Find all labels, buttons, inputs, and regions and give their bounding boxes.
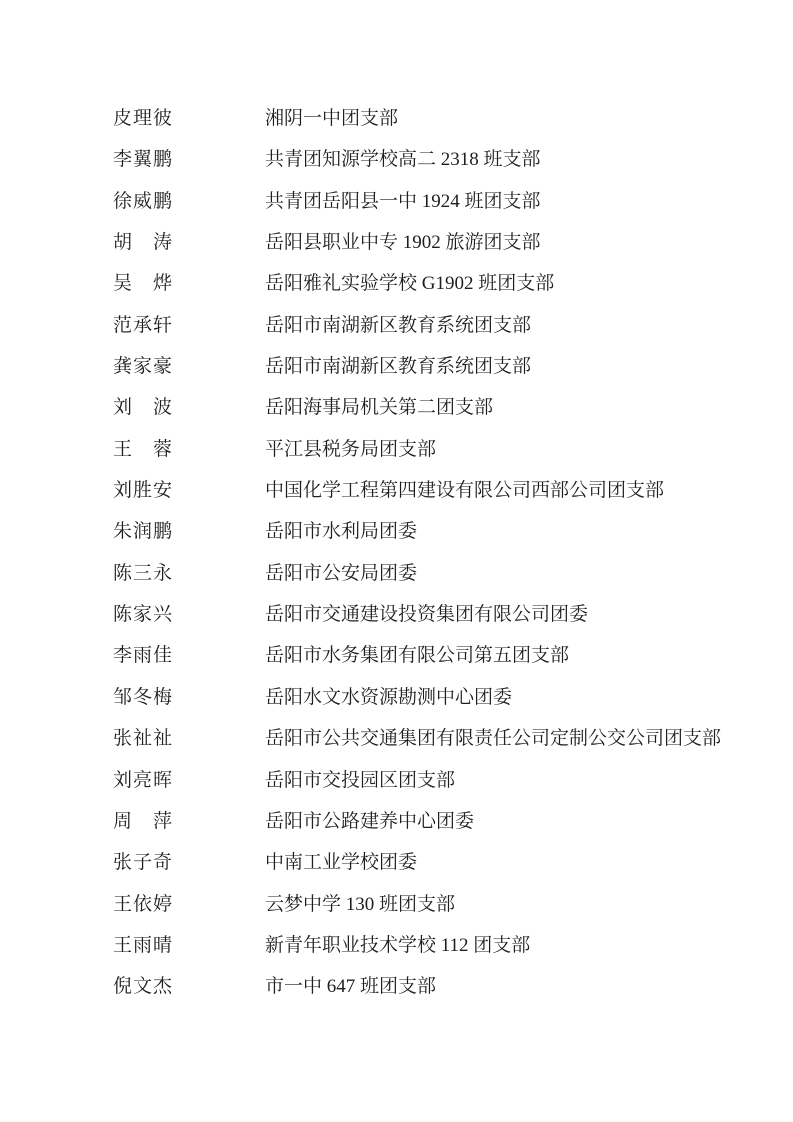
branch-name: 岳阳市南湖新区教育系统团支部 (265, 346, 753, 387)
branch-name: 平江县税务局团支部 (265, 429, 753, 470)
list-item: 刘胜安 中国化学工程第四建设有限公司西部公司团支部 (113, 470, 753, 511)
member-name: 范承轩 (113, 305, 265, 346)
list-item: 王 蓉 平江县税务局团支部 (113, 429, 753, 470)
list-item: 徐威鹏 共青团岳阳县一中 1924 班团支部 (113, 181, 753, 222)
branch-name: 岳阳市交投园区团支部 (265, 760, 753, 801)
branch-name: 湘阴一中团支部 (265, 98, 753, 139)
member-name: 张子奇 (113, 842, 265, 883)
list-item: 倪文杰 市一中 647 班团支部 (113, 966, 753, 1007)
list-item: 范承轩 岳阳市南湖新区教育系统团支部 (113, 305, 753, 346)
branch-name: 岳阳市水务集团有限公司第五团支部 (265, 635, 753, 676)
list-item: 龚家豪 岳阳市南湖新区教育系统团支部 (113, 346, 753, 387)
branch-name: 岳阳市公路建养中心团委 (265, 801, 753, 842)
list-item: 李翼鹏 共青团知源学校高二 2318 班支部 (113, 139, 753, 180)
branch-name: 岳阳市南湖新区教育系统团支部 (265, 305, 753, 346)
member-name: 陈家兴 (113, 594, 265, 635)
branch-name: 共青团岳阳县一中 1924 班团支部 (265, 181, 753, 222)
document-page: 皮理彼 湘阴一中团支部 李翼鹏 共青团知源学校高二 2318 班支部 徐威鹏 共… (0, 0, 793, 1122)
list-item: 陈家兴 岳阳市交通建设投资集团有限公司团委 (113, 594, 753, 635)
member-branch-list: 皮理彼 湘阴一中团支部 李翼鹏 共青团知源学校高二 2318 班支部 徐威鹏 共… (113, 98, 753, 1008)
list-item: 张子奇 中南工业学校团委 (113, 842, 753, 883)
list-item: 朱润鹏 岳阳市水利局团委 (113, 511, 753, 552)
list-item: 刘亮晖 岳阳市交投园区团支部 (113, 760, 753, 801)
member-name: 李翼鹏 (113, 139, 265, 180)
list-item: 陈三永 岳阳市公安局团委 (113, 553, 753, 594)
list-item: 王雨晴 新青年职业技术学校 112 团支部 (113, 925, 753, 966)
list-item: 刘 波 岳阳海事局机关第二团支部 (113, 387, 753, 428)
list-item: 吴 烨 岳阳雅礼实验学校 G1902 班团支部 (113, 263, 753, 304)
list-item: 周 萍 岳阳市公路建养中心团委 (113, 801, 753, 842)
member-name: 刘胜安 (113, 470, 265, 511)
member-name: 吴 烨 (113, 263, 265, 304)
branch-name: 共青团知源学校高二 2318 班支部 (265, 139, 753, 180)
member-name: 朱润鹏 (113, 511, 265, 552)
member-name: 刘 波 (113, 387, 265, 428)
branch-name: 中国化学工程第四建设有限公司西部公司团支部 (265, 470, 753, 511)
member-name: 皮理彼 (113, 98, 265, 139)
member-name: 王 蓉 (113, 429, 265, 470)
member-name: 王雨晴 (113, 925, 265, 966)
member-name: 徐威鹏 (113, 181, 265, 222)
member-name: 倪文杰 (113, 966, 265, 1007)
member-name: 张祉祉 (113, 718, 265, 759)
branch-name: 岳阳海事局机关第二团支部 (265, 387, 753, 428)
member-name: 胡 涛 (113, 222, 265, 263)
member-name: 龚家豪 (113, 346, 265, 387)
list-item: 邹冬梅 岳阳水文水资源勘测中心团委 (113, 677, 753, 718)
member-name: 邹冬梅 (113, 677, 265, 718)
list-item: 胡 涛 岳阳县职业中专 1902 旅游团支部 (113, 222, 753, 263)
branch-name: 新青年职业技术学校 112 团支部 (265, 925, 753, 966)
branch-name: 云梦中学 130 班团支部 (265, 884, 753, 925)
branch-name: 岳阳县职业中专 1902 旅游团支部 (265, 222, 753, 263)
branch-name: 岳阳市公共交通集团有限责任公司定制公交公司团支部 (265, 718, 753, 759)
member-name: 王依婷 (113, 884, 265, 925)
branch-name: 中南工业学校团委 (265, 842, 753, 883)
branch-name: 岳阳市公安局团委 (265, 553, 753, 594)
branch-name: 岳阳市交通建设投资集团有限公司团委 (265, 594, 753, 635)
member-name: 刘亮晖 (113, 760, 265, 801)
branch-name: 岳阳市水利局团委 (265, 511, 753, 552)
member-name: 李雨佳 (113, 635, 265, 676)
member-name: 周 萍 (113, 801, 265, 842)
list-item: 王依婷 云梦中学 130 班团支部 (113, 884, 753, 925)
list-item: 李雨佳 岳阳市水务集团有限公司第五团支部 (113, 635, 753, 676)
list-item: 张祉祉 岳阳市公共交通集团有限责任公司定制公交公司团支部 (113, 718, 753, 759)
branch-name: 市一中 647 班团支部 (265, 966, 753, 1007)
branch-name: 岳阳雅礼实验学校 G1902 班团支部 (265, 263, 753, 304)
branch-name: 岳阳水文水资源勘测中心团委 (265, 677, 753, 718)
list-item: 皮理彼 湘阴一中团支部 (113, 98, 753, 139)
member-name: 陈三永 (113, 553, 265, 594)
